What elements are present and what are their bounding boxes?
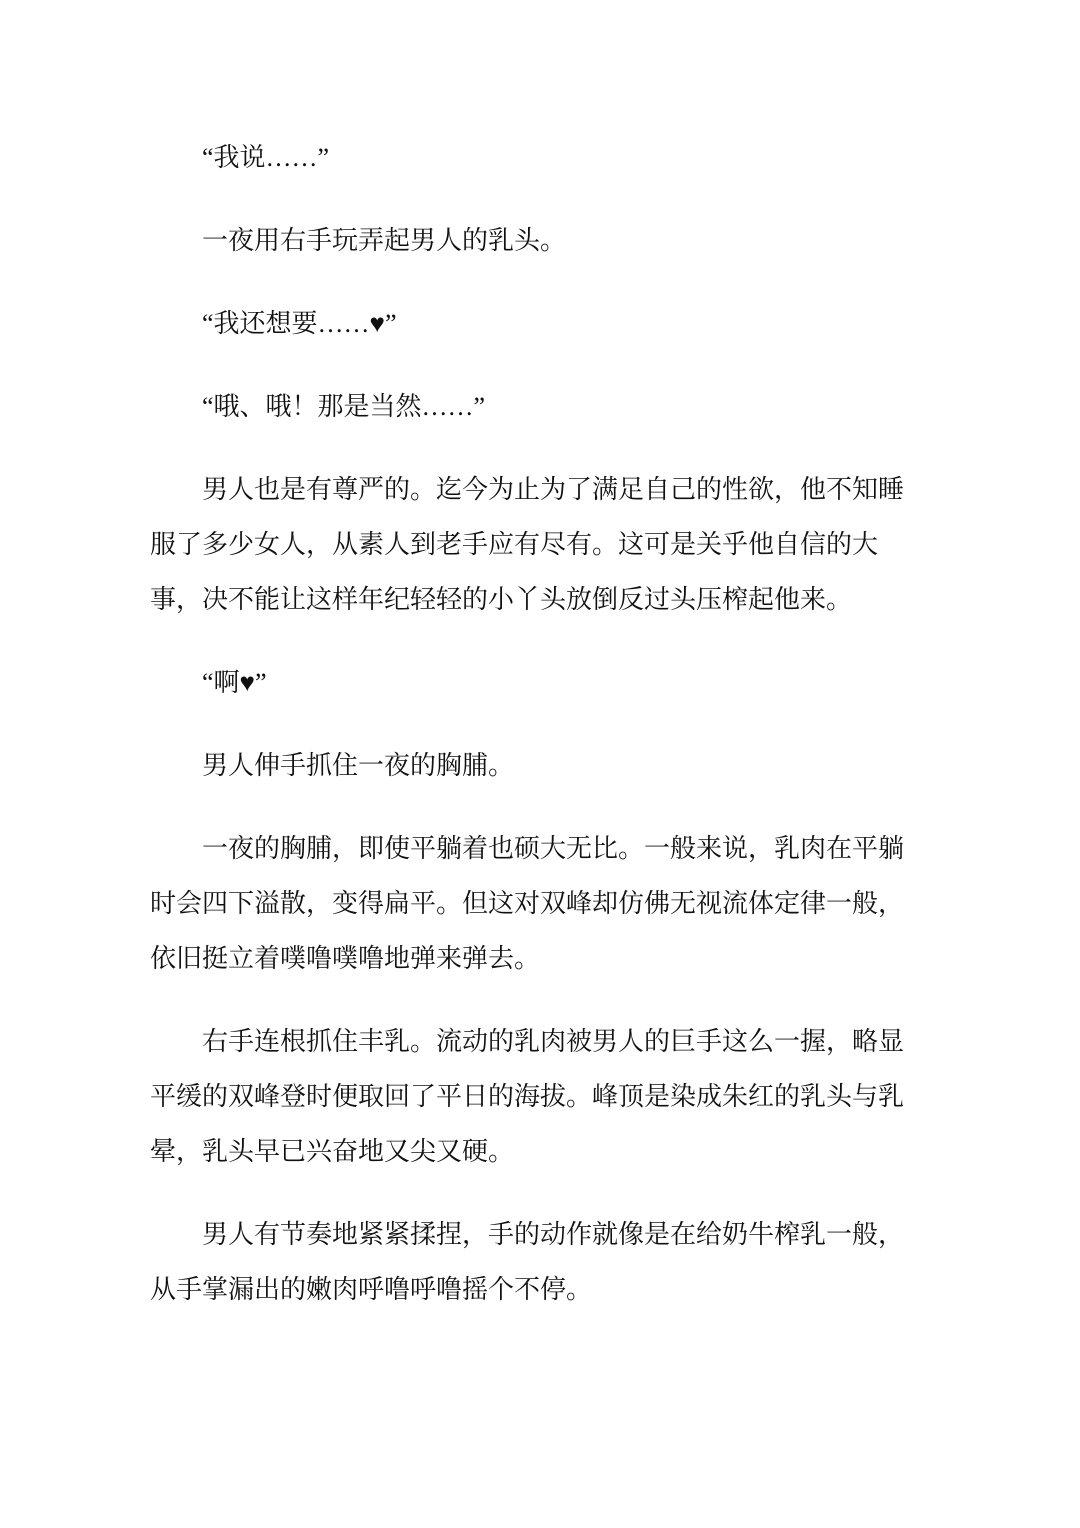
- paragraph-dialogue: “我还想要……♥”: [150, 296, 906, 351]
- text-line: 男人也是有尊严的。迄今为止为了满足自己的性欲，他不知睡: [150, 462, 906, 517]
- text-line: 依旧挺立着噗噜噗噜地弹来弹去。: [150, 931, 906, 986]
- paragraph-narration: 男人有节奏地紧紧揉捏，手的动作就像是在给奶牛榨乳一般，从手掌漏出的嫩肉呼噜呼噜摇…: [150, 1207, 906, 1317]
- document-page: “我说……”一夜用右手玩弄起男人的乳头。“我还想要……♥”“哦、哦！那是当然………: [0, 0, 1080, 1528]
- text-body: “我说……”一夜用右手玩弄起男人的乳头。“我还想要……♥”“哦、哦！那是当然………: [150, 130, 906, 1317]
- paragraph-narration: 一夜用右手玩弄起男人的乳头。: [150, 213, 906, 268]
- paragraph-dialogue: “哦、哦！那是当然……”: [150, 379, 906, 434]
- text-line: 男人伸手抓住一夜的胸脯。: [150, 738, 906, 793]
- text-line: 一夜用右手玩弄起男人的乳头。: [150, 213, 906, 268]
- paragraph-narration: 男人伸手抓住一夜的胸脯。: [150, 738, 906, 793]
- text-line: 事，决不能让这样年纪轻轻的小丫头放倒反过头压榨起他来。: [150, 572, 906, 627]
- paragraph-narration: 一夜的胸脯，即使平躺着也硕大无比。一般来说，乳肉在平躺时会四下溢散，变得扁平。但…: [150, 821, 906, 986]
- text-line: 晕，乳头早已兴奋地又尖又硬。: [150, 1124, 906, 1179]
- text-line: 右手连根抓住丰乳。流动的乳肉被男人的巨手这么一握，略显: [150, 1014, 906, 1069]
- text-line: “哦、哦！那是当然……”: [150, 379, 906, 434]
- text-line: 一夜的胸脯，即使平躺着也硕大无比。一般来说，乳肉在平躺: [150, 821, 906, 876]
- paragraph-dialogue: “啊♥”: [150, 655, 906, 710]
- text-line: 从手掌漏出的嫩肉呼噜呼噜摇个不停。: [150, 1262, 906, 1317]
- text-line: “我还想要……♥”: [150, 296, 906, 351]
- text-line: 平缓的双峰登时便取回了平日的海拔。峰顶是染成朱红的乳头与乳: [150, 1069, 906, 1124]
- paragraph-dialogue: “我说……”: [150, 130, 906, 185]
- paragraph-narration: 男人也是有尊严的。迄今为止为了满足自己的性欲，他不知睡服了多少女人，从素人到老手…: [150, 462, 906, 627]
- text-line: 男人有节奏地紧紧揉捏，手的动作就像是在给奶牛榨乳一般，: [150, 1207, 906, 1262]
- text-line: “我说……”: [150, 130, 906, 185]
- paragraph-narration: 右手连根抓住丰乳。流动的乳肉被男人的巨手这么一握，略显平缓的双峰登时便取回了平日…: [150, 1014, 906, 1179]
- text-line: 时会四下溢散，变得扁平。但这对双峰却仿佛无视流体定律一般，: [150, 876, 906, 931]
- text-line: 服了多少女人，从素人到老手应有尽有。这可是关乎他自信的大: [150, 517, 906, 572]
- text-line: “啊♥”: [150, 655, 906, 710]
